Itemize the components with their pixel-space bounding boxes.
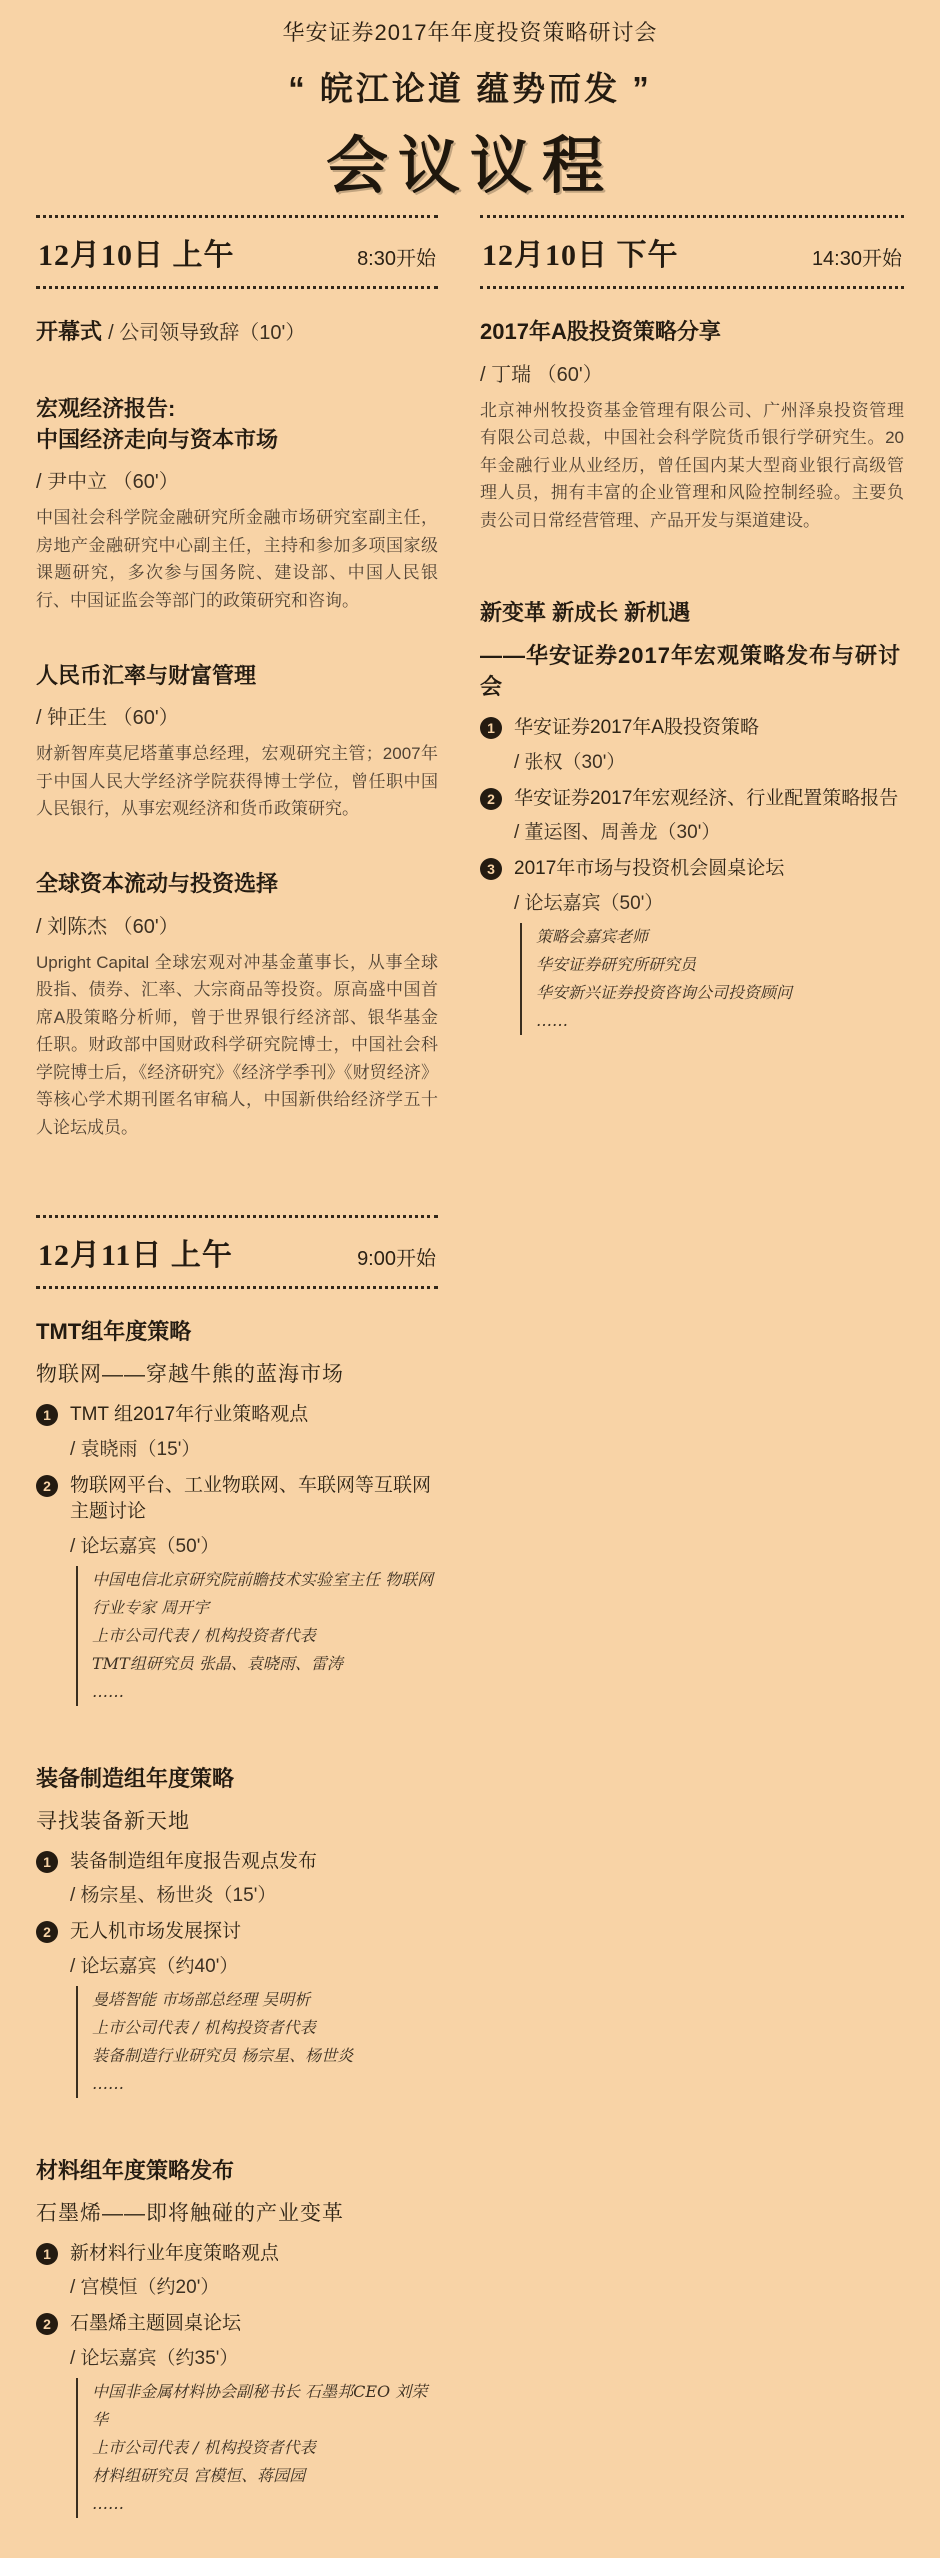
item-speaker: / 论坛嘉宾（约40'） xyxy=(70,1951,438,1978)
item-number-badge: 2 xyxy=(480,788,502,810)
item-title: 华安证券2017年宏观经济、行业配置策略报告 xyxy=(514,786,904,813)
guest-line: 策略会嘉宾老师 xyxy=(536,923,904,951)
agenda-item: 2 物联网平台、工业物联网、车联网等互联网主题讨论 / 论坛嘉宾（50'） 中国… xyxy=(36,1473,438,1706)
session-title: 开幕式 / 公司领导致辞（10'） xyxy=(36,317,438,348)
item-speaker: / 张权（30'） xyxy=(514,747,904,774)
group-title: 材料组年度策略发布 xyxy=(36,2156,438,2187)
guest-line: 华安证券研究所研究员 xyxy=(536,951,904,979)
group-subtitle: 寻找装备新天地 xyxy=(36,1805,438,1835)
guest-line: 上市公司代表 / 机构投资者代表 xyxy=(92,2434,438,2462)
opening-title: 开幕式 xyxy=(36,319,102,344)
item-title: 无人机市场发展探讨 xyxy=(70,1919,438,1946)
group-tmt: TMT组年度策略 物联网——穿越牛熊的蓝海市场 1 TMT 组2017年行业策略… xyxy=(36,1317,438,1706)
guest-line: 中国非金属材料协会副秘书长 石墨邦CEO 刘荣华 xyxy=(92,2378,438,2434)
item-speaker: / 杨宗星、杨世炎（15'） xyxy=(70,1880,438,1907)
item-number-badge: 1 xyxy=(480,717,502,739)
guest-line: 华安新兴证券投资咨询公司投资顾问 xyxy=(536,979,904,1007)
session-title: 新变革 新成长 新机遇 xyxy=(480,598,904,629)
section-day1-morning: 12月10日 上午 8:30开始 开幕式 / 公司领导致辞（10'） 宏观经济报… xyxy=(36,215,438,1141)
session-speaker: / 丁瑞 （60'） xyxy=(480,358,904,387)
opening-desc: / 公司领导致辞（10'） xyxy=(108,322,305,344)
session-speaker: / 钟正生 （60'） xyxy=(36,701,438,730)
item-number-badge: 2 xyxy=(36,2313,58,2335)
column-left: 12月10日 上午 8:30开始 开幕式 / 公司领导致辞（10'） 宏观经济报… xyxy=(36,215,438,2518)
agenda-items: 1 华安证券2017年A股投资策略 / 张权（30'） 2 华安证券2017年宏… xyxy=(480,715,904,1035)
group-title: TMT组年度策略 xyxy=(36,1317,438,1348)
session-subtitle: ——华安证券2017年宏观策略发布与研讨会 xyxy=(480,639,904,701)
guest-line: 上市公司代表 / 机构投资者代表 xyxy=(92,2014,438,2042)
guest-line: 材料组研究员 宫模恒、蒋园园 xyxy=(92,2462,438,2490)
date-label: 12月11日 上午 xyxy=(38,1230,233,1274)
guest-line: TMT组研究员 张晶、袁晓雨、雷涛 xyxy=(92,1650,438,1678)
guest-list: 策略会嘉宾老师 华安证券研究所研究员 华安新兴证券投资咨询公司投资顾问 …… xyxy=(520,923,904,1035)
agenda-item: 2 石墨烯主题圆桌论坛 / 论坛嘉宾（约35'） 中国非金属材料协会副秘书长 石… xyxy=(36,2311,438,2518)
item-speaker: / 论坛嘉宾（50'） xyxy=(514,888,904,915)
guest-line: 中国电信北京研究院前瞻技术实验室主任 物联网行业专家 周开宇 xyxy=(92,1566,438,1622)
start-time: 9:00开始 xyxy=(357,1242,436,1271)
session-opening: 开幕式 / 公司领导致辞（10'） xyxy=(36,317,438,348)
session-new-change: 新变革 新成长 新机遇 ——华安证券2017年宏观策略发布与研讨会 1 华安证券… xyxy=(480,598,904,1035)
columns: 12月10日 上午 8:30开始 开幕式 / 公司领导致辞（10'） 宏观经济报… xyxy=(0,215,940,2518)
guest-line: …… xyxy=(92,1678,438,1706)
column-right: 12月10日 下午 14:30开始 2017年A股投资策略分享 / 丁瑞 （60… xyxy=(480,215,904,2518)
guest-list: 中国电信北京研究院前瞻技术实验室主任 物联网行业专家 周开宇 上市公司代表 / … xyxy=(76,1566,438,1706)
item-number-badge: 3 xyxy=(480,858,502,880)
agenda-items: 1 装备制造组年度报告观点发布 / 杨宗星、杨世炎（15'） 2 无人机市场发展… xyxy=(36,1849,438,2098)
item-title: 华安证券2017年A股投资策略 xyxy=(514,715,904,742)
session-title: 人民币汇率与财富管理 xyxy=(36,661,438,692)
section-day2-morning: 12月11日 上午 9:00开始 TMT组年度策略 物联网——穿越牛熊的蓝海市场… xyxy=(36,1215,438,2518)
agenda-items: 1 TMT 组2017年行业策略观点 / 袁晓雨（15'） 2 物联网平台、工业… xyxy=(36,1402,438,1706)
session-title: 宏观经济报告: 中国经济走向与资本市场 xyxy=(36,394,438,456)
item-body: 新材料行业年度策略观点 / 宫模恒（约20'） xyxy=(70,2241,438,2300)
start-time: 8:30开始 xyxy=(357,242,436,271)
item-body: 华安证券2017年宏观经济、行业配置策略报告 / 董运图、周善龙（30'） xyxy=(514,786,904,845)
date-header-day1-afternoon: 12月10日 下午 14:30开始 xyxy=(480,215,904,289)
agenda-item: 2 无人机市场发展探讨 / 论坛嘉宾（约40'） 曼塔智能 市场部总经理 吴明析… xyxy=(36,1919,438,2098)
session-title-line2: 中国经济走向与资本市场 xyxy=(36,425,438,456)
session-macro-report: 宏观经济报告: 中国经济走向与资本市场 / 尹中立 （60'） 中国社会科学院金… xyxy=(36,394,438,615)
guest-line: …… xyxy=(92,2490,438,2518)
item-speaker: / 论坛嘉宾（50'） xyxy=(70,1531,438,1558)
group-title: 装备制造组年度策略 xyxy=(36,1764,438,1795)
agenda-poster: 华安证券2017年年度投资策略研讨会 “ 皖江论道 蕴势而发 ” 会议议程 12… xyxy=(0,0,940,2558)
speaker-bio: 北京神州牧投资基金管理有限公司、广州泽泉投资管理有限公司总裁，中国社会科学院货币… xyxy=(480,397,904,535)
item-body: 石墨烯主题圆桌论坛 / 论坛嘉宾（约35'） 中国非金属材料协会副秘书长 石墨邦… xyxy=(70,2311,438,2518)
agenda-item: 1 新材料行业年度策略观点 / 宫模恒（约20'） xyxy=(36,2241,438,2300)
agenda-item: 2 华安证券2017年宏观经济、行业配置策略报告 / 董运图、周善龙（30'） xyxy=(480,786,904,845)
date-label: 12月10日 下午 xyxy=(482,230,679,274)
header: 华安证券2017年年度投资策略研讨会 “ 皖江论道 蕴势而发 ” 会议议程 xyxy=(0,16,940,205)
agenda-item: 3 2017年市场与投资机会圆桌论坛 / 论坛嘉宾（50'） 策略会嘉宾老师 华… xyxy=(480,856,904,1035)
guest-list: 中国非金属材料协会副秘书长 石墨邦CEO 刘荣华 上市公司代表 / 机构投资者代… xyxy=(76,2378,438,2518)
group-equipment: 装备制造组年度策略 寻找装备新天地 1 装备制造组年度报告观点发布 / 杨宗星、… xyxy=(36,1764,438,2098)
session-title: 2017年A股投资策略分享 xyxy=(480,317,904,348)
guest-list: 曼塔智能 市场部总经理 吴明析 上市公司代表 / 机构投资者代表 装备制造行业研… xyxy=(76,1986,438,2098)
guest-line: 上市公司代表 / 机构投资者代表 xyxy=(92,1622,438,1650)
page-title: 会议议程 xyxy=(0,116,940,205)
item-body: 装备制造组年度报告观点发布 / 杨宗星、杨世炎（15'） xyxy=(70,1849,438,1908)
session-global-capital: 全球资本流动与投资选择 / 刘陈杰 （60'） Upright Capital … xyxy=(36,869,438,1142)
group-subtitle: 石墨烯——即将触碰的产业变革 xyxy=(36,2197,438,2227)
item-number-badge: 1 xyxy=(36,1851,58,1873)
guest-line: 装备制造行业研究员 杨宗星、杨世炎 xyxy=(92,2042,438,2070)
item-speaker: / 宫模恒（约20'） xyxy=(70,2272,438,2299)
item-title: 石墨烯主题圆桌论坛 xyxy=(70,2311,438,2338)
item-number-badge: 2 xyxy=(36,1921,58,1943)
item-speaker: / 论坛嘉宾（约35'） xyxy=(70,2343,438,2370)
date-header-day1-morning: 12月10日 上午 8:30开始 xyxy=(36,215,438,289)
item-number-badge: 1 xyxy=(36,2243,58,2265)
guest-line: …… xyxy=(536,1007,904,1035)
session-title-line1: 宏观经济报告: xyxy=(36,394,438,425)
item-number-badge: 1 xyxy=(36,1404,58,1426)
guest-line: 曼塔智能 市场部总经理 吴明析 xyxy=(92,1986,438,2014)
item-title: TMT 组2017年行业策略观点 xyxy=(70,1402,438,1429)
item-body: TMT 组2017年行业策略观点 / 袁晓雨（15'） xyxy=(70,1402,438,1461)
session-speaker: / 尹中立 （60'） xyxy=(36,465,438,494)
item-title: 新材料行业年度策略观点 xyxy=(70,2241,438,2268)
item-title: 装备制造组年度报告观点发布 xyxy=(70,1849,438,1876)
session-rmb-fx: 人民币汇率与财富管理 / 钟正生 （60'） 财新智库莫尼塔董事总经理，宏观研究… xyxy=(36,661,438,823)
agenda-items: 1 新材料行业年度策略观点 / 宫模恒（约20'） 2 石墨烯主题圆桌论坛 / … xyxy=(36,2241,438,2518)
section-day1-afternoon: 12月10日 下午 14:30开始 2017年A股投资策略分享 / 丁瑞 （60… xyxy=(480,215,904,1035)
event-title: 华安证券2017年年度投资策略研讨会 xyxy=(0,16,940,47)
group-materials: 材料组年度策略发布 石墨烯——即将触碰的产业变革 1 新材料行业年度策略观点 /… xyxy=(36,2156,438,2518)
session-speaker: / 刘陈杰 （60'） xyxy=(36,910,438,939)
session-a-share-strategy: 2017年A股投资策略分享 / 丁瑞 （60'） 北京神州牧投资基金管理有限公司… xyxy=(480,317,904,534)
speaker-bio: 中国社会科学院金融研究所金融市场研究室副主任，房地产金融研究中心副主任，主持和参… xyxy=(36,504,438,614)
speaker-bio: Upright Capital 全球宏观对冲基金董事长，从事全球股指、债券、汇率… xyxy=(36,949,438,1142)
slogan: “ 皖江论道 蕴势而发 ” xyxy=(0,63,940,110)
speaker-bio: 财新智库莫尼塔董事总经理，宏观研究主管；2007年于中国人民大学经济学院获得博士… xyxy=(36,740,438,823)
item-body: 华安证券2017年A股投资策略 / 张权（30'） xyxy=(514,715,904,774)
session-title: 全球资本流动与投资选择 xyxy=(36,869,438,900)
agenda-item: 1 装备制造组年度报告观点发布 / 杨宗星、杨世炎（15'） xyxy=(36,1849,438,1908)
item-speaker: / 袁晓雨（15'） xyxy=(70,1434,438,1461)
agenda-item: 1 华安证券2017年A股投资策略 / 张权（30'） xyxy=(480,715,904,774)
item-title: 2017年市场与投资机会圆桌论坛 xyxy=(514,856,904,883)
item-title: 物联网平台、工业物联网、车联网等互联网主题讨论 xyxy=(70,1473,438,1526)
item-body: 2017年市场与投资机会圆桌论坛 / 论坛嘉宾（50'） 策略会嘉宾老师 华安证… xyxy=(514,856,904,1035)
date-label: 12月10日 上午 xyxy=(38,230,235,274)
start-time: 14:30开始 xyxy=(812,242,902,271)
item-body: 物联网平台、工业物联网、车联网等互联网主题讨论 / 论坛嘉宾（50'） 中国电信… xyxy=(70,1473,438,1706)
item-speaker: / 董运图、周善龙（30'） xyxy=(514,817,904,844)
agenda-item: 1 TMT 组2017年行业策略观点 / 袁晓雨（15'） xyxy=(36,1402,438,1461)
item-body: 无人机市场发展探讨 / 论坛嘉宾（约40'） 曼塔智能 市场部总经理 吴明析 上… xyxy=(70,1919,438,2098)
guest-line: …… xyxy=(92,2070,438,2098)
group-subtitle: 物联网——穿越牛熊的蓝海市场 xyxy=(36,1358,438,1388)
item-number-badge: 2 xyxy=(36,1475,58,1497)
date-header-day2-morning: 12月11日 上午 9:00开始 xyxy=(36,1215,438,1289)
